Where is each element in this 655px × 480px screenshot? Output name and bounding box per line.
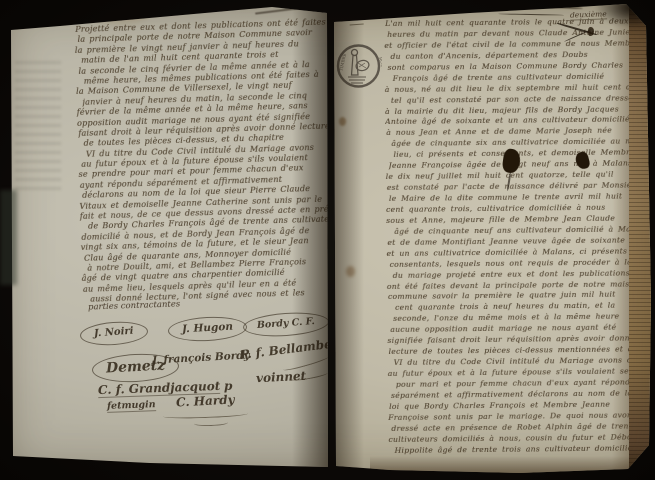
smudge-mark <box>378 7 450 12</box>
signature: fetmugin <box>107 399 156 413</box>
edge-bleedthrough <box>0 190 17 285</box>
right-page-text: L'an mil huit cent quarante trois le qua… <box>384 16 639 456</box>
page-fore-edge <box>629 2 653 476</box>
signature: p <box>224 379 232 393</box>
burn-mark <box>594 2 649 28</box>
signature: J. françois Bordy <box>152 349 250 366</box>
signature: J. Noiri <box>79 320 148 348</box>
handwritten-line: Hippolite âgé de trente trois ans cultiv… <box>394 443 638 456</box>
signature: C. Hardy <box>176 392 235 409</box>
bottom-edge-shadow <box>370 456 650 474</box>
gutter-shadow <box>334 0 364 480</box>
smudge-mark <box>498 13 564 15</box>
register-scan: Projetté entre eux et dont les publicati… <box>0 0 655 480</box>
smudge-mark <box>528 5 583 10</box>
gutter-shadow <box>292 0 328 480</box>
signature: J. Hugon <box>167 315 247 343</box>
